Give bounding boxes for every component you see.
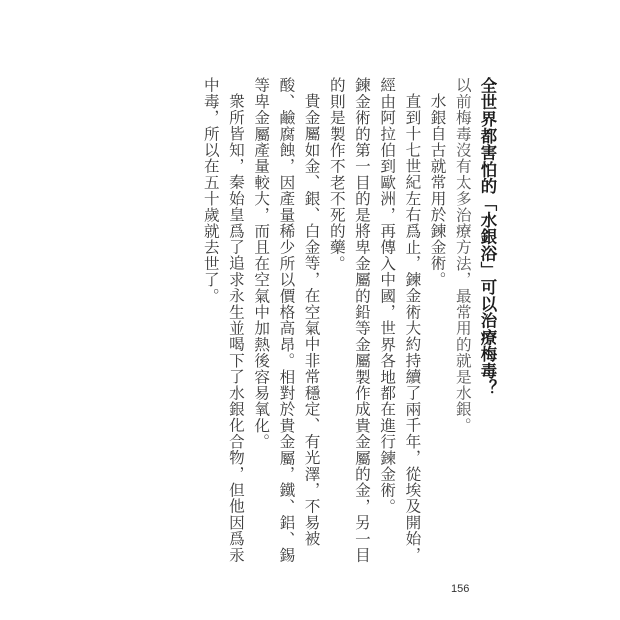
intro-paragraph: 以前梅毒沒有太多治療方法，最常用的就是水銀。 — [450, 77, 475, 577]
paragraph: 水銀自古就常用於鍊金術。 — [424, 77, 449, 577]
book-page: 全世界都害怕的「水銀浴」可以治療梅毒？ 以前梅毒沒有太多治療方法，最常用的就是水… — [0, 0, 620, 620]
paragraph: 貴金屬如金、銀、白金等，在空氣中非常穩定、有光澤，不易被酸、鹼腐蝕，因產量稀少所… — [248, 77, 324, 577]
paragraph: 衆所皆知，秦始皇爲了追求永生並喝下了水銀化合物，但他因爲汞中毒，所以在五十歲就去… — [198, 77, 248, 577]
section-heading: 全世界都害怕的「水銀浴」可以治療梅毒？ — [475, 77, 500, 577]
vertical-text-body: 全世界都害怕的「水銀浴」可以治療梅毒？ 以前梅毒沒有太多治療方法，最常用的就是水… — [198, 77, 500, 577]
page-number: 156 — [451, 583, 469, 595]
paragraph: 直到十七世紀左右爲止，鍊金術大約持續了兩千年，從埃及開始，經由阿拉伯到歐洲，再傳… — [374, 77, 424, 577]
paragraph: 鍊金術的第一目的是將卑金屬的鉛等金屬製作成貴金屬的金，另一目的則是製作不老不死的… — [324, 77, 374, 577]
